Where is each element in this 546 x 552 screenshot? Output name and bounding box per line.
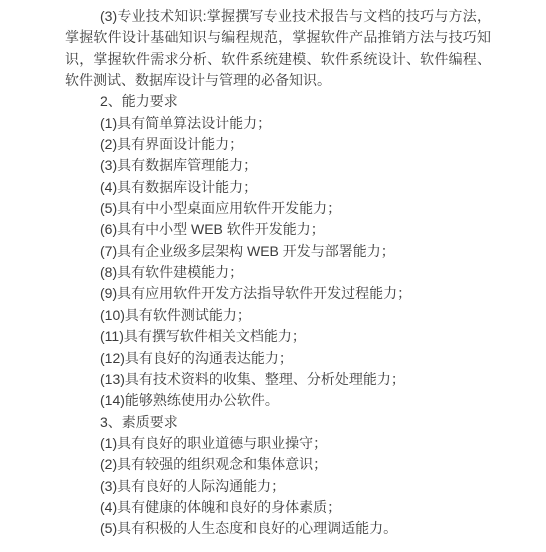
paragraph-line: (3)专业技术知识:掌握撰写专业技术报告与文档的技巧与方法， [65,6,491,27]
list-item: (7)具有企业级多层架构 WEB 开发与部署能力； [65,241,491,262]
section-ability-requirements: 2、能力要求 (1)具有简单算法设计能力； (2)具有界面设计能力； (3)具有… [65,91,491,411]
paragraph-line: 识，掌握软件需求分析、软件系统建模、软件系统设计、软件编程、 [65,49,491,70]
list-item: (10)具有软件测试能力； [65,305,491,326]
list-item: (11)具有撰写软件相关文档能力； [65,326,491,347]
paragraph-line: 软件测试、数据库设计与管理的必备知识。 [65,70,491,91]
list-item: (1)具有良好的职业道德与职业操守； [65,433,491,454]
list-item: (12)具有良好的沟通表达能力； [65,348,491,369]
list-item: (13)具有技术资料的收集、整理、分析处理能力； [65,369,491,390]
list-item: (6)具有中小型 WEB 软件开发能力； [65,219,491,240]
list-item: (4)具有健康的体魄和良好的身体素质； [65,497,491,518]
list-item: (5)具有积极的人生态度和良好的心理调适能力。 [65,518,491,539]
list-item: (2)具有界面设计能力； [65,134,491,155]
list-item: (2)具有较强的组织观念和集体意识； [65,454,491,475]
list-item: (5)具有中小型桌面应用软件开发能力； [65,198,491,219]
section-heading: 3、素质要求 [65,412,491,433]
section-heading: 2、能力要求 [65,91,491,112]
list-item: (1)具有简单算法设计能力； [65,113,491,134]
list-item: (14)能够熟练使用办公软件。 [65,390,491,411]
paragraph-line: 掌握软件设计基础知识与编程规范，掌握软件产品推销方法与技巧知 [65,27,491,48]
paragraph-professional-knowledge: (3)专业技术知识:掌握撰写专业技术报告与文档的技巧与方法， 掌握软件设计基础知… [65,6,491,91]
document-page: (3)专业技术知识:掌握撰写专业技术报告与文档的技巧与方法， 掌握软件设计基础知… [0,0,546,540]
list-item: (3)具有良好的人际沟通能力； [65,476,491,497]
list-item: (9)具有应用软件开发方法指导软件开发过程能力； [65,283,491,304]
list-item: (3)具有数据库管理能力； [65,155,491,176]
list-item: (8)具有软件建模能力； [65,262,491,283]
section-quality-requirements: 3、素质要求 (1)具有良好的职业道德与职业操守； (2)具有较强的组织观念和集… [65,412,491,540]
list-item: (4)具有数据库设计能力； [65,177,491,198]
